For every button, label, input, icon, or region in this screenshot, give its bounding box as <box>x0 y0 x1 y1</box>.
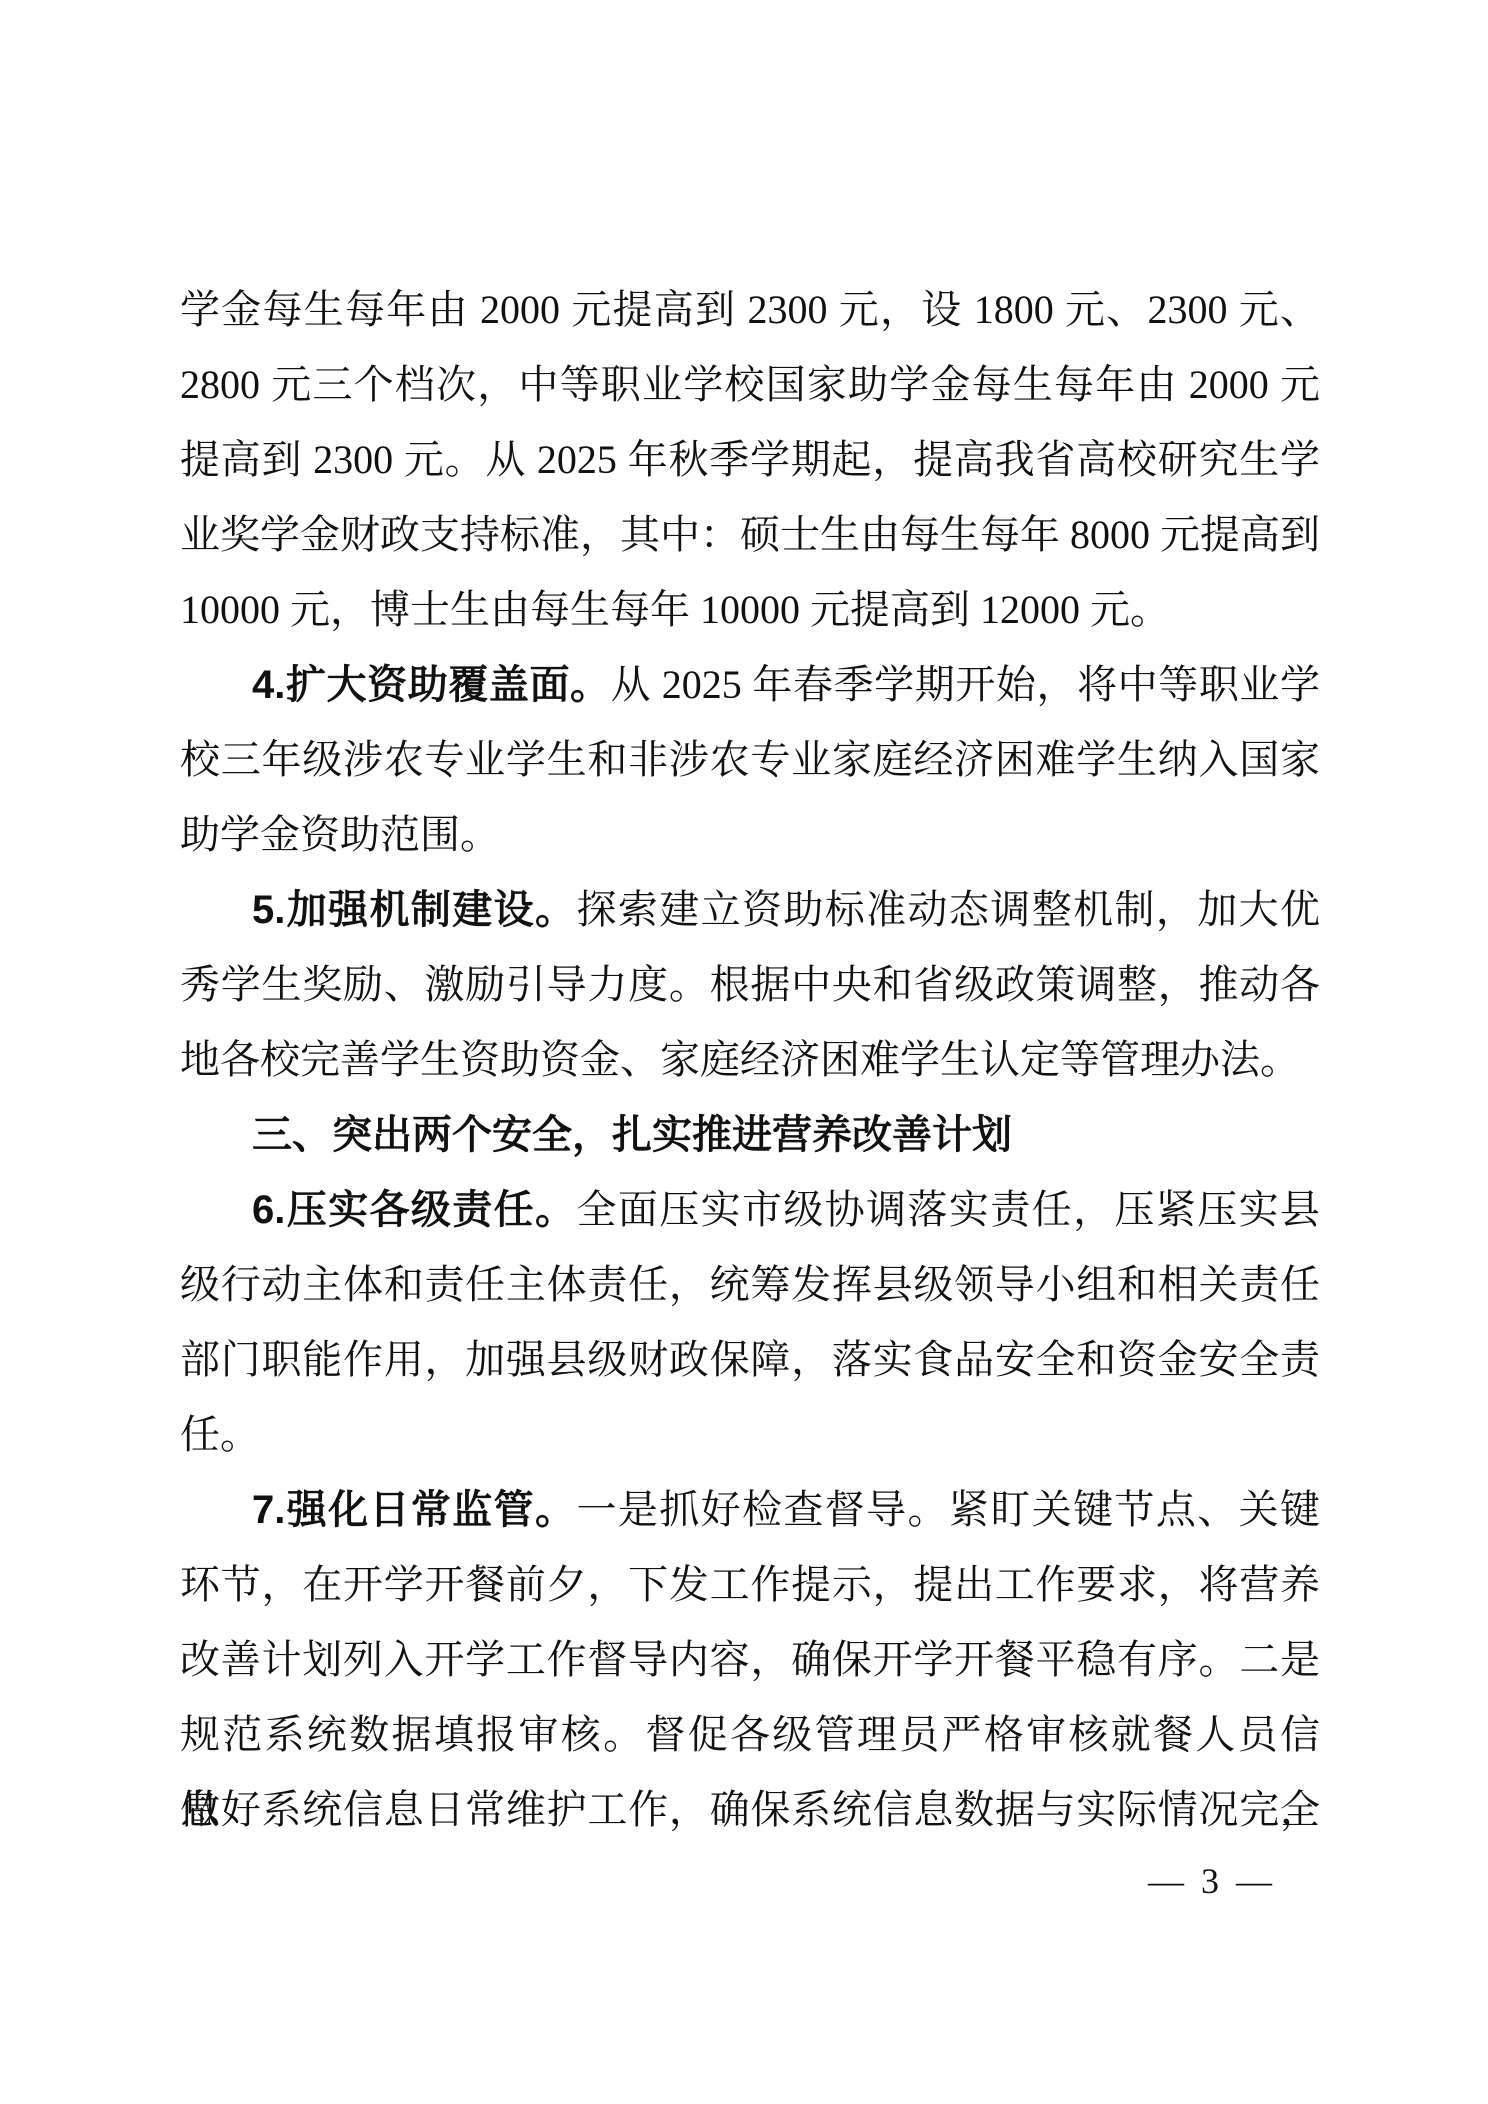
text-line: 4.扩大资助覆盖面。从 2025 年春季学期开始，将中等职业学 <box>180 647 1320 722</box>
text-line: 助学金资助范围。 <box>180 797 1320 872</box>
section-heading: 三、突出两个安全，扎实推进营养改善计划 <box>180 1097 1320 1172</box>
text-line: 提高到 2300 元。从 2025 年秋季学期起，提高我省高校研究生学 <box>180 422 1320 497</box>
text-line: 改善计划列入开学工作督导内容，确保开学开餐平稳有序。二是 <box>180 1622 1320 1697</box>
text-run: 环节，在开学开餐前夕，下发工作提示，提出工作要求，将营养 <box>180 1562 1320 1607</box>
text-run: 地各校完善学生资助资金、家庭经济困难学生认定等管理办法。 <box>180 1037 1300 1082</box>
text-run: 业奖学金财政支持标准，其中：硕士生由每生每年 8000 元提高到 <box>180 512 1320 557</box>
text-run: 探索建立资助标准动态调整机制，加大优 <box>576 887 1320 932</box>
text-run: 全面压实市级协调落实责任，压紧压实县 <box>576 1187 1320 1232</box>
text-line: 地各校完善学生资助资金、家庭经济困难学生认定等管理办法。 <box>180 1022 1320 1097</box>
text-line: 环节，在开学开餐前夕，下发工作提示，提出工作要求，将营养 <box>180 1547 1320 1622</box>
text-run: 任。 <box>180 1412 260 1457</box>
text-line: 学金每生每年由 2000 元提高到 2300 元，设 1800 元、2300 元… <box>180 272 1320 347</box>
bold-run: 7.强化日常监管。 <box>252 1488 576 1532</box>
bold-run: 4.扩大资助覆盖面。 <box>252 663 611 707</box>
text-line: 业奖学金财政支持标准，其中：硕士生由每生每年 8000 元提高到 <box>180 497 1320 572</box>
bold-run: 5.加强机制建设。 <box>252 888 576 932</box>
text-run: 提高到 2300 元。从 2025 年秋季学期起，提高我省高校研究生学 <box>180 437 1320 482</box>
text-run: 改善计划列入开学工作督导内容，确保开学开餐平稳有序。二是 <box>180 1637 1320 1682</box>
text-run: 学金每生每年由 2000 元提高到 2300 元，设 1800 元、2300 元… <box>180 287 1320 332</box>
text-run: 秀学生奖励、激励引导力度。根据中央和省级政策调整，推动各 <box>180 962 1320 1007</box>
text-block: 学金每生每年由 2000 元提高到 2300 元，设 1800 元、2300 元… <box>180 272 1320 1847</box>
text-line: 做好系统信息日常维护工作，确保系统信息数据与实际情况完全 <box>180 1772 1320 1847</box>
text-line: 7.强化日常监管。一是抓好检查督导。紧盯关键节点、关键 <box>180 1472 1320 1547</box>
text-run: 2800 元三个档次，中等职业学校国家助学金每生每年由 2000 元 <box>180 362 1320 407</box>
document-page: 学金每生每年由 2000 元提高到 2300 元，设 1800 元、2300 元… <box>0 0 1488 2104</box>
page-number: — 3 — <box>1148 1856 1276 1906</box>
text-line: 5.加强机制建设。探索建立资助标准动态调整机制，加大优 <box>180 872 1320 947</box>
text-line: 级行动主体和责任主体责任，统筹发挥县级领导小组和相关责任 <box>180 1247 1320 1322</box>
text-line: 2800 元三个档次，中等职业学校国家助学金每生每年由 2000 元 <box>180 347 1320 422</box>
text-line: 部门职能作用，加强县级财政保障，落实食品安全和资金安全责 <box>180 1322 1320 1397</box>
text-run: 10000 元，博士生由每生每年 10000 元提高到 12000 元。 <box>180 587 1170 632</box>
text-run: 助学金资助范围。 <box>180 812 500 857</box>
text-run: 做好系统信息日常维护工作，确保系统信息数据与实际情况完全 <box>180 1787 1320 1832</box>
text-run: 从 2025 年春季学期开始，将中等职业学 <box>611 662 1320 707</box>
bold-run: 三、突出两个安全，扎实推进营养改善计划 <box>252 1113 1012 1157</box>
text-run: 级行动主体和责任主体责任，统筹发挥县级领导小组和相关责任 <box>180 1262 1320 1307</box>
bold-run: 6.压实各级责任。 <box>252 1188 576 1232</box>
text-run: 一是抓好检查督导。紧盯关键节点、关键 <box>576 1487 1320 1532</box>
text-line: 任。 <box>180 1397 1320 1472</box>
text-line: 规范系统数据填报审核。督促各级管理员严格审核就餐人员信息， <box>180 1697 1320 1772</box>
text-run: 校三年级涉农专业学生和非涉农专业家庭经济困难学生纳入国家 <box>180 737 1320 782</box>
text-run: 部门职能作用，加强县级财政保障，落实食品安全和资金安全责 <box>180 1337 1320 1382</box>
text-line: 校三年级涉农专业学生和非涉农专业家庭经济困难学生纳入国家 <box>180 722 1320 797</box>
text-line: 6.压实各级责任。全面压实市级协调落实责任，压紧压实县 <box>180 1172 1320 1247</box>
text-line: 秀学生奖励、激励引导力度。根据中央和省级政策调整，推动各 <box>180 947 1320 1022</box>
text-line: 10000 元，博士生由每生每年 10000 元提高到 12000 元。 <box>180 572 1320 647</box>
